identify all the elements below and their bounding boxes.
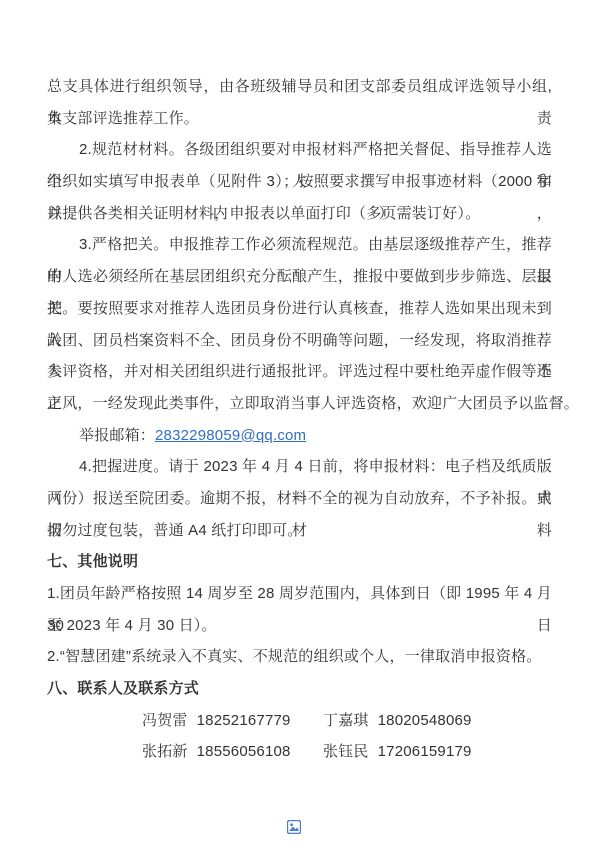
text-line: 两份）报送至院团委。逾期不报，材料不全的视为自动放弃，不予补报。申报材料 <box>47 483 552 515</box>
contact-name: 冯贺雷 <box>142 712 188 729</box>
text-line: 1.团员年龄严格按照 14 周岁至 28 周岁范围内，具体到日（即 1995 年… <box>47 578 552 610</box>
text-line: 2.“智慧团建”系统录入不真实、不规范的组织或个人，一律取消申报资格。 <box>47 641 552 673</box>
text-line: 参评资格，并对相关团组织进行通报批评。评选过程中要杜绝弄虚作假等不正 <box>47 356 552 388</box>
text-line: 的人选必须经所在基层团组织充分酝酿产生，推报中要做到步步筛选、层层把 <box>47 261 552 293</box>
contact-phone: 18020548069 <box>378 712 472 729</box>
text-line: 总支具体进行组织领导，由各班级辅导员和团支部委员组成评选领导小组,负责 <box>47 71 552 103</box>
section-heading-contacts: 八、联系人及联系方式 <box>47 673 552 705</box>
contact-phone: 17206159179 <box>378 743 472 760</box>
text-line: 之风，一经发现此类事件，立即取消当事人评选资格，欢迎广大团员予以监督。 <box>47 388 552 420</box>
report-email-link[interactable]: 2832298059@qq.com <box>155 427 306 444</box>
contact-name: 张钰民 <box>323 743 369 760</box>
contact-name: 张拓新 <box>142 743 188 760</box>
text-line: 关。要按照要求对推荐人选团员身份进行认真核查，推荐人选如果出现未到龄 <box>47 293 552 325</box>
contact-phone: 18252167779 <box>197 712 291 729</box>
contact-entry: 丁嘉琪18020548069 <box>323 705 472 737</box>
contact-entry: 冯贺雷18252167779 <box>142 705 323 737</box>
document-page: 总支具体进行组织领导，由各班级辅导员和团支部委员组成评选领导小组,负责 本支部评… <box>0 0 599 849</box>
contact-row: 张拓新18556056108 张钰民17206159179 <box>47 736 552 768</box>
section-heading-other-notes: 七、其他说明 <box>47 546 552 578</box>
text-line: 并提供各类相关证明材料，申报表以单面打印（多页需装订好）。 <box>47 198 552 230</box>
text-line: 2.规范材材料。各级团组织要对申报材料严格把关督促、指导推荐人选个人和 <box>47 134 552 166</box>
report-email-line: 举报邮箱：2832298059@qq.com <box>47 420 552 452</box>
contact-entry: 张钰民17206159179 <box>323 736 472 768</box>
text-line: 4.把握进度。请于 2023 年 4 月 4 日前，将申报材料：电子档及纸质版（… <box>47 451 552 483</box>
contact-entry: 张拓新18556056108 <box>142 736 323 768</box>
text-line: 入团、团员档案资料不全、团员身份不明确等问题，一经发现，将取消推荐人选 <box>47 325 552 357</box>
text-line: 组织如实填写申报表单（见附件 3）；按照要求撰写申报事迹材料（2000 字以内）… <box>47 166 552 198</box>
image-placeholder-icon <box>287 820 301 834</box>
report-email-label: 举报邮箱： <box>79 427 155 444</box>
contact-row: 冯贺雷18252167779 丁嘉琪18020548069 <box>47 705 552 737</box>
contact-phone: 18556056108 <box>197 743 291 760</box>
contact-name: 丁嘉琪 <box>323 712 369 729</box>
text-line: 3.严格把关。申报推荐工作必须流程规范。由基层逐级推荐产生，推荐申报 <box>47 229 552 261</box>
